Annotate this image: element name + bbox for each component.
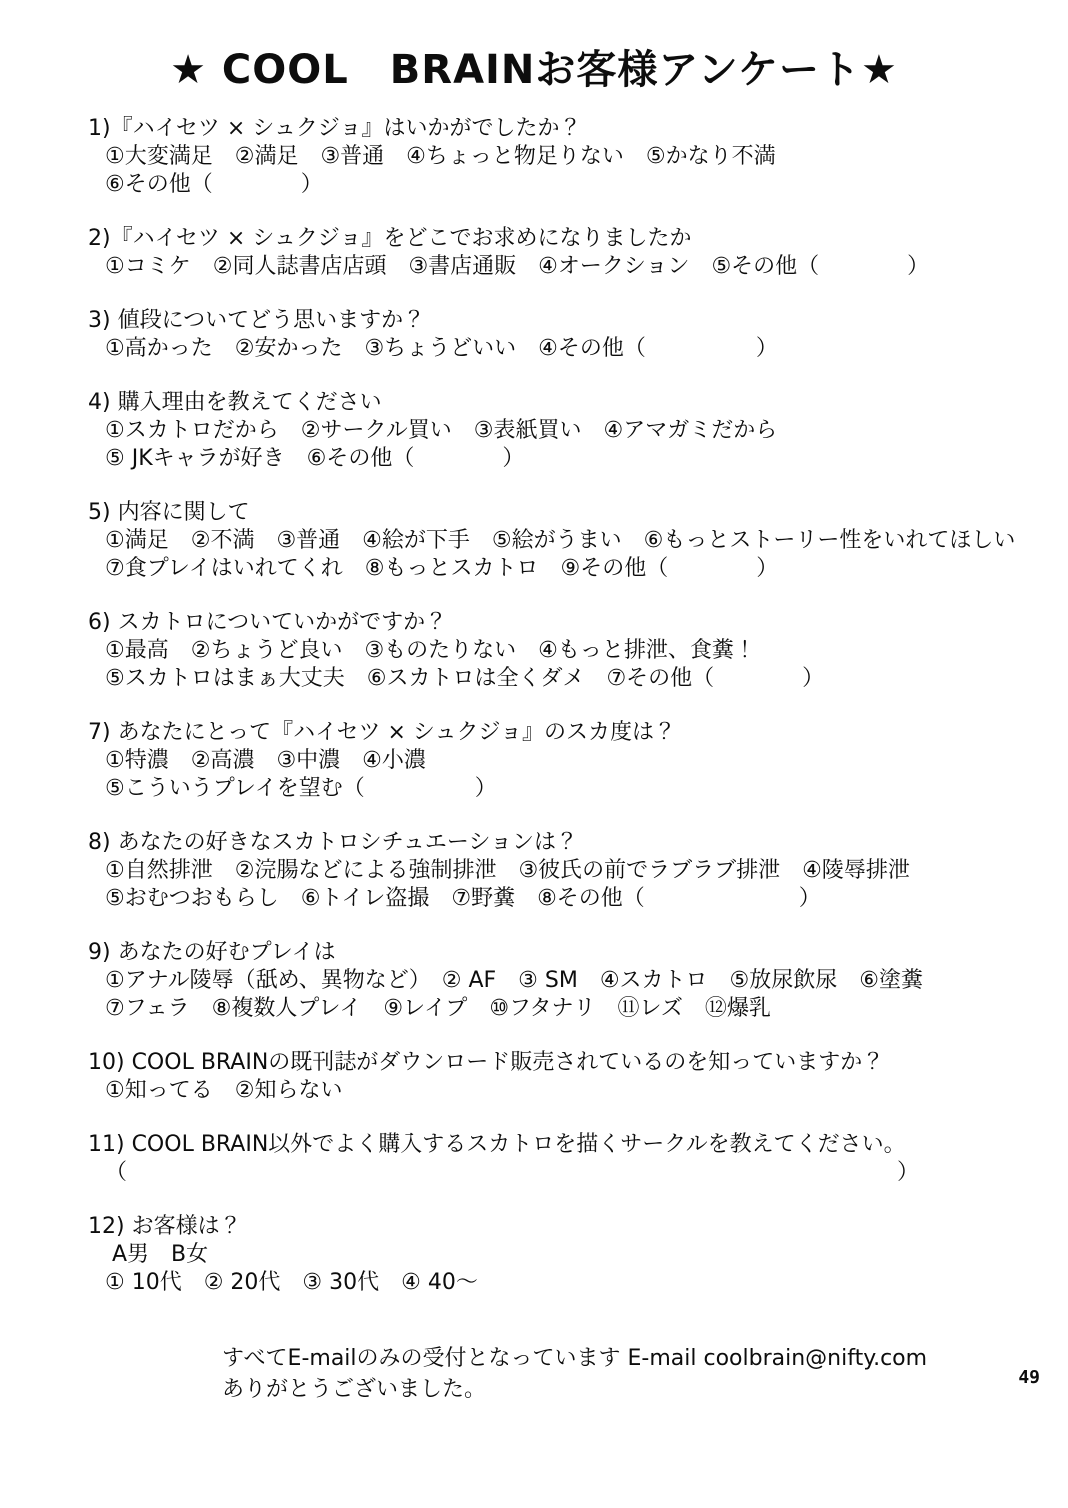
question-options: ①スカトロだから ②サークル買い ③表紙買い ④アマガミだから⑤ JKキャラが好… <box>88 417 1048 473</box>
question-block: 2)『ハイセツ × シュクジョ』をどこでお求めになりましたか ①コミケ ②同人誌… <box>88 225 1048 281</box>
question-block: 9) あなたの好むプレイは ①アナル陵辱（舐め、異物など） ② AF ③ SM … <box>88 939 1048 1023</box>
question-list: 1)『ハイセツ × シュクジョ』はいかがでしたか？ ①大変満足 ②満足 ③普通 … <box>88 115 1048 1297</box>
question-text: 4) 購入理由を教えてください <box>88 389 1048 417</box>
option-line: ⑤スカトロはまぁ大丈夫 ⑥スカトロは全くダメ ⑦その他（ ） <box>88 665 1048 693</box>
question-text: 7) あなたにとって『ハイセツ × シュクジョ』のスカ度は？ <box>88 719 1048 747</box>
question-block: 7) あなたにとって『ハイセツ × シュクジョ』のスカ度は？ ①特濃 ②高濃 ③… <box>88 719 1048 803</box>
option-line: ①満足 ②不満 ③普通 ④絵が下手 ⑤絵がうまい ⑥もっとストーリー性をいれてほ… <box>88 527 1048 555</box>
question-options: ①自然排泄 ②浣腸などによる強制排泄 ③彼氏の前でラブラブ排泄 ④陵辱排泄⑤おむ… <box>88 857 1048 913</box>
question-options: ①アナル陵辱（舐め、異物など） ② AF ③ SM ④スカトロ ⑤放尿飲尿 ⑥塗… <box>88 967 1048 1023</box>
question-text: 3) 値段についてどう思いますか？ <box>88 307 1048 335</box>
question-text: 12) お客様は？ <box>88 1213 1048 1241</box>
question-block: 12) お客様は？ A男 B女① 10代 ② 20代 ③ 30代 ④ 40～ <box>88 1213 1048 1297</box>
option-line: ⑦フェラ ⑧複数人プレイ ⑨レイプ ⑩フタナリ ⑪レズ ⑫爆乳 <box>88 995 1048 1023</box>
option-line: ⑥その他（ ） <box>88 171 1048 199</box>
question-block: 10) COOL BRAINの既刊誌がダウンロード販売されているのを知っています… <box>88 1049 1048 1105</box>
question-block: 1)『ハイセツ × シュクジョ』はいかがでしたか？ ①大変満足 ②満足 ③普通 … <box>88 115 1048 199</box>
option-line: ⑤こういうプレイを望む（ ） <box>88 775 1048 803</box>
question-text: 9) あなたの好むプレイは <box>88 939 1048 967</box>
question-block: 8) あなたの好きなスカトロシチュエーションは？ ①自然排泄 ②浣腸などによる強… <box>88 829 1048 913</box>
question-options: ①知ってる ②知らない <box>88 1077 1048 1105</box>
footer-thanks-line: ありがとうございました。 <box>222 1374 1068 1405</box>
question-options: A男 B女① 10代 ② 20代 ③ 30代 ④ 40～ <box>88 1241 1048 1297</box>
option-line: ① 10代 ② 20代 ③ 30代 ④ 40～ <box>88 1269 1048 1297</box>
footer: すべてE-mailのみの受付となっています E-mail coolbrain@n… <box>222 1343 1068 1405</box>
question-options: ①特濃 ②高濃 ③中濃 ④小濃⑤こういうプレイを望む（ ） <box>88 747 1048 803</box>
question-text: 6) スカトロについていかがですか？ <box>88 609 1048 637</box>
option-line: A男 B女 <box>88 1241 1048 1269</box>
option-line: ⑦食プレイはいれてくれ ⑧もっとスカトロ ⑨その他（ ） <box>88 555 1048 583</box>
question-text: 5) 内容に関して <box>88 499 1048 527</box>
question-options: （ ） <box>88 1159 1048 1187</box>
option-line: ①スカトロだから ②サークル買い ③表紙買い ④アマガミだから <box>88 417 1048 445</box>
option-line: ①高かった ②安かった ③ちょうどいい ④その他（ ） <box>88 335 1048 363</box>
option-line: （ ） <box>88 1159 1048 1187</box>
question-block: 4) 購入理由を教えてください ①スカトロだから ②サークル買い ③表紙買い ④… <box>88 389 1048 473</box>
page-number: 49 <box>1018 1367 1040 1388</box>
option-line: ⑤おむつおもらし ⑥トイレ盗撮 ⑦野糞 ⑧その他（ ） <box>88 885 1048 913</box>
option-line: ①最高 ②ちょうど良い ③ものたりない ④もっと排泄、食糞！ <box>88 637 1048 665</box>
page-title: ★ COOL BRAINお客様アンケート★ <box>0 0 1068 95</box>
question-options: ①大変満足 ②満足 ③普通 ④ちょっと物足りない ⑤かなり不満⑥その他（ ） <box>88 143 1048 199</box>
question-text: 8) あなたの好きなスカトロシチュエーションは？ <box>88 829 1048 857</box>
option-line: ⑤ JKキャラが好き ⑥その他（ ） <box>88 445 1048 473</box>
option-line: ①大変満足 ②満足 ③普通 ④ちょっと物足りない ⑤かなり不満 <box>88 143 1048 171</box>
option-line: ①コミケ ②同人誌書店店頭 ③書店通販 ④オークション ⑤その他（ ） <box>88 253 1048 281</box>
question-options: ①高かった ②安かった ③ちょうどいい ④その他（ ） <box>88 335 1048 363</box>
question-text: 10) COOL BRAINの既刊誌がダウンロード販売されているのを知っています… <box>88 1049 1048 1077</box>
question-text: 2)『ハイセツ × シュクジョ』をどこでお求めになりましたか <box>88 225 1048 253</box>
question-text: 11) COOL BRAIN以外でよく購入するスカトロを描くサークルを教えてくだ… <box>88 1131 1048 1159</box>
option-line: ①知ってる ②知らない <box>88 1077 1048 1105</box>
question-options: ①最高 ②ちょうど良い ③ものたりない ④もっと排泄、食糞！⑤スカトロはまぁ大丈… <box>88 637 1048 693</box>
question-block: 3) 値段についてどう思いますか？ ①高かった ②安かった ③ちょうどいい ④そ… <box>88 307 1048 363</box>
option-line: ①アナル陵辱（舐め、異物など） ② AF ③ SM ④スカトロ ⑤放尿飲尿 ⑥塗… <box>88 967 1048 995</box>
question-text: 1)『ハイセツ × シュクジョ』はいかがでしたか？ <box>88 115 1048 143</box>
question-block: 11) COOL BRAIN以外でよく購入するスカトロを描くサークルを教えてくだ… <box>88 1131 1048 1187</box>
footer-contact-line: すべてE-mailのみの受付となっています E-mail coolbrain@n… <box>222 1343 1068 1374</box>
question-block: 5) 内容に関して ①満足 ②不満 ③普通 ④絵が下手 ⑤絵がうまい ⑥もっとス… <box>88 499 1048 583</box>
question-options: ①満足 ②不満 ③普通 ④絵が下手 ⑤絵がうまい ⑥もっとストーリー性をいれてほ… <box>88 527 1048 583</box>
question-options: ①コミケ ②同人誌書店店頭 ③書店通販 ④オークション ⑤その他（ ） <box>88 253 1048 281</box>
question-block: 6) スカトロについていかがですか？ ①最高 ②ちょうど良い ③ものたりない ④… <box>88 609 1048 693</box>
survey-page: ★ COOL BRAINお客様アンケート★ 1)『ハイセツ × シュクジョ』はい… <box>0 0 1068 1508</box>
option-line: ①自然排泄 ②浣腸などによる強制排泄 ③彼氏の前でラブラブ排泄 ④陵辱排泄 <box>88 857 1048 885</box>
option-line: ①特濃 ②高濃 ③中濃 ④小濃 <box>88 747 1048 775</box>
